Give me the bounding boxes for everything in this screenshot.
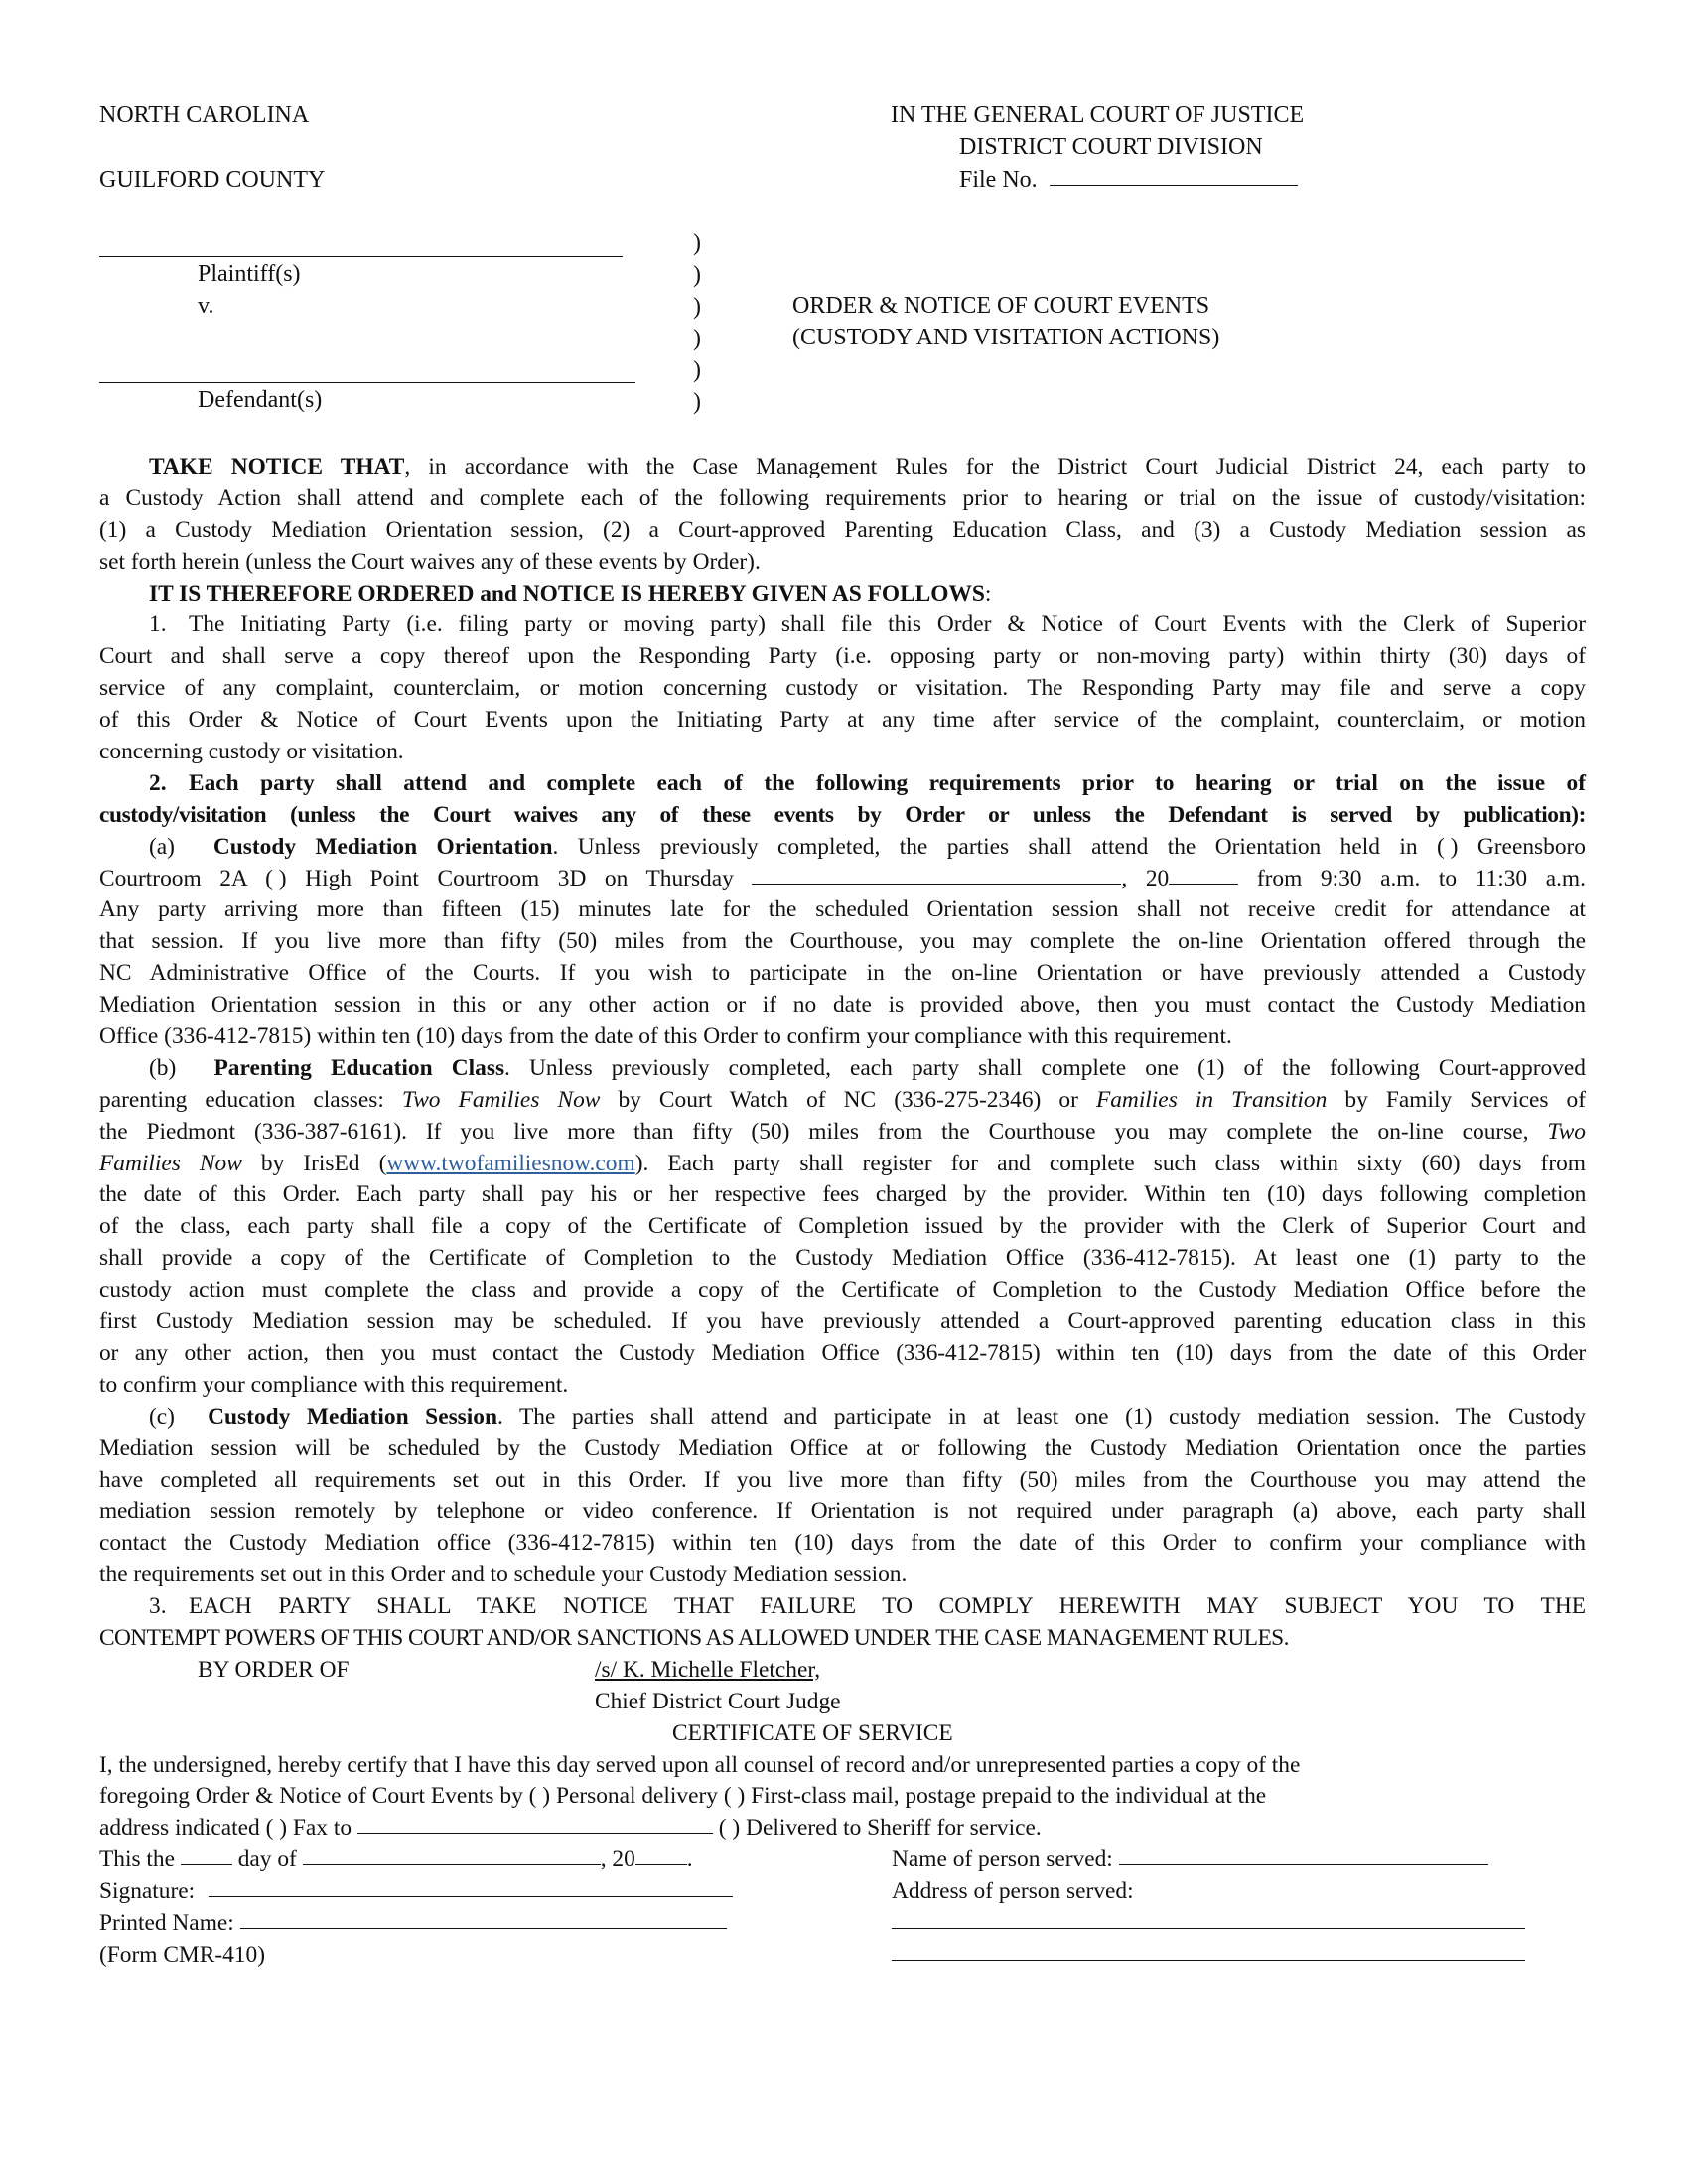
day-field[interactable] (181, 1844, 232, 1865)
body-text-line: Families Now by IrisEd (www.twofamiliesn… (99, 1149, 1586, 1180)
body-text-line: service of any complaint, counterclaim, … (99, 673, 1586, 705)
text-segment: by Family Services of (1327, 1087, 1586, 1113)
body-text-line: that session. If you live more than fift… (99, 926, 1586, 958)
program-name: Families in Transition (1096, 1087, 1327, 1113)
body-text-line: , in accordance with the Case Management… (404, 454, 1586, 479)
orientation-date-field[interactable] (752, 864, 1121, 885)
body-text-line: . Unless previously completed, the parti… (552, 834, 1417, 860)
take-notice-lead: TAKE NOTICE THAT (149, 454, 404, 479)
body-text-line: (1) a Custody Mediation Orientation sess… (99, 515, 1586, 547)
signature-field[interactable] (209, 1876, 733, 1897)
signature-row: BY ORDER OF/s/ K. Michelle Fletcher, (99, 1655, 1586, 1687)
certificate-title: CERTIFICATE OF SERVICE (99, 1718, 1586, 1750)
defendant-name-line[interactable] (99, 382, 635, 383)
first-class-mail-label: First-class mail, postage prepaid to the… (751, 1783, 1266, 1809)
printed-name-field[interactable] (240, 1908, 727, 1929)
twofamiliesnow-link[interactable]: www.twofamiliesnow.com (386, 1151, 634, 1176)
form-id: (Form CMR-410) (99, 1942, 265, 1968)
program-name: Families Now (99, 1151, 242, 1176)
year-prefix: , 20 (1121, 866, 1169, 891)
plaintiff-label: Plaintiff(s) (198, 259, 301, 289)
body-text-line: Court and shall serve a copy thereof upo… (99, 641, 1586, 673)
ordered-heading-text: IT IS THEREFORE ORDERED and NOTICE IS HE… (149, 581, 985, 607)
fax-label: Fax to (293, 1815, 352, 1841)
item-2: 2.Each party shall attend and complete e… (99, 768, 1586, 800)
plaintiff-name-line[interactable] (99, 256, 623, 257)
body-text-line: the date of this Order. Each party shall… (99, 1179, 1586, 1211)
item-heading: Parenting Education Class (214, 1055, 505, 1081)
take-notice-paragraph: TAKE NOTICE THAT, in accordance with the… (99, 452, 1586, 483)
state-label: NORTH CAROLINA (99, 100, 309, 130)
year-field[interactable] (635, 1844, 687, 1865)
item-2b: (b) Parenting Education Class. Unless pr… (99, 1053, 1586, 1085)
item-2c: (c) Custody Mediation Session. The parti… (99, 1402, 1586, 1433)
item-3: 3.EACH PARTY SHALL TAKE NOTICE THAT FAIL… (99, 1591, 1586, 1623)
text-segment: foregoing Order & Notice of Court Events… (99, 1783, 523, 1809)
high-point-checkbox[interactable]: ( ) (265, 864, 286, 895)
item-label: (a) (149, 834, 175, 860)
body-text-line: Each party shall attend and complete eac… (189, 770, 1586, 796)
body-text-line: Mediation session will be scheduled by t… (99, 1433, 1586, 1465)
certificate-signature-row: Signature: Address of person served: (99, 1876, 1586, 1908)
address-served-line-2[interactable] (892, 1940, 1525, 1961)
by-order-label: BY ORDER OF (99, 1655, 595, 1687)
certificate-text-line: foregoing Order & Notice of Court Events… (99, 1781, 1586, 1813)
order-title: ORDER & NOTICE OF COURT EVENTS (792, 291, 1209, 321)
text-segment: parenting education classes: (99, 1087, 402, 1113)
period: . (687, 1846, 693, 1872)
certificate-form-row: (Form CMR-410) (99, 1940, 1586, 1972)
body-text-line: The Initiating Party (i.e. filing party … (189, 612, 1586, 637)
versus-label: v. (198, 291, 213, 321)
body-text-line: or any other action, then you must conta… (99, 1338, 1586, 1370)
body-text-line: first Custody Mediation session may be s… (99, 1306, 1586, 1338)
text-segment: address indicated (99, 1815, 260, 1841)
court-division: DISTRICT COURT DIVISION (959, 132, 1263, 162)
body-text-line: to confirm your compliance with this req… (99, 1370, 1586, 1402)
orientation-year-field[interactable] (1169, 864, 1238, 885)
item-number: 1. (149, 610, 189, 641)
item-2a: (a) Custody Mediation Orientation. Unles… (99, 832, 1586, 864)
body-text-line: CONTEMPT POWERS OF THIS COURT AND/OR SAN… (99, 1623, 1586, 1655)
caption-bracket: ) (693, 354, 701, 386)
ordered-heading: IT IS THEREFORE ORDERED and NOTICE IS HE… (99, 579, 1586, 611)
county-label: GUILFORD COUNTY (99, 165, 325, 195)
first-class-mail-checkbox[interactable]: ( ) (724, 1781, 745, 1813)
body-text-line: EACH PARTY SHALL TAKE NOTICE THAT FAILUR… (189, 1593, 1586, 1619)
file-number-label: File No. (959, 167, 1038, 193)
defendant-label: Defendant(s) (198, 385, 322, 415)
sheriff-label: Delivered to Sheriff for service. (746, 1815, 1042, 1841)
ordered-colon: : (985, 581, 992, 607)
caption-bracket: ) (693, 291, 701, 323)
text-segment: by Court Watch of NC (336-275-2346) or (600, 1087, 1096, 1113)
certificate-text-line: I, the undersigned, hereby certify that … (99, 1750, 1586, 1782)
certificate-text-line: address indicated ( ) Fax to ( ) Deliver… (99, 1813, 1586, 1844)
body-text-line: of this Order & Notice of Court Events u… (99, 705, 1586, 737)
order-body: TAKE NOTICE THAT, in accordance with the… (99, 452, 1586, 1972)
printed-name-label: Printed Name: (99, 1910, 234, 1936)
body-text-line: . Unless previously completed, each part… (504, 1055, 1586, 1081)
name-served-field[interactable] (1119, 1844, 1488, 1865)
this-the-label: This the (99, 1846, 175, 1872)
text-segment: ). Each party shall register for and com… (635, 1151, 1586, 1176)
body-text-line: Office (336-412-7815) within ten (10) da… (99, 1022, 1586, 1053)
orientation-time: from 9:30 a.m. to 11:30 a.m. (1257, 866, 1586, 891)
body-text-line: set forth herein (unless the Court waive… (99, 547, 1586, 579)
body-text-line: Mediation Orientation session in this or… (99, 990, 1586, 1022)
address-served-label: Address of person served: (892, 1878, 1134, 1904)
body-text-line: concerning custody or visitation. (99, 737, 1586, 768)
body-text-line: of the class, each party shall file a co… (99, 1211, 1586, 1243)
option-greensboro-room: Courtroom 2A (99, 866, 247, 891)
certificate-printed-name-row: Printed Name: (99, 1908, 1586, 1940)
personal-delivery-checkbox[interactable]: ( ) (529, 1781, 550, 1813)
body-text-line: mediation session remotely by telephone … (99, 1496, 1586, 1528)
item-heading: Custody Mediation Orientation (213, 834, 553, 860)
caption-bracket: ) (693, 227, 701, 259)
body-text-line: custody/visitation (unless the Court wai… (99, 800, 1586, 832)
fax-number-field[interactable] (357, 1813, 713, 1834)
item-number: 2. (149, 768, 189, 800)
body-text-line: parenting education classes: Two Familie… (99, 1085, 1586, 1117)
item-2a-date-line: Courtroom 2A ( ) High Point Courtroom 3D… (99, 864, 1586, 895)
greensboro-checkbox[interactable]: ( ) (1437, 832, 1458, 864)
item-label: (b) (149, 1055, 176, 1081)
order-subtitle: (CUSTODY AND VISITATION ACTIONS) (792, 323, 1219, 352)
court-name: IN THE GENERAL COURT OF JUSTICE (891, 100, 1304, 130)
option-greensboro-label: Greensboro (1477, 834, 1586, 860)
caption-bracket: ) (693, 386, 701, 418)
body-text-line: contact the Custody Mediation office (33… (99, 1528, 1586, 1560)
file-number-field[interactable] (1050, 165, 1298, 186)
body-text-line: have completed all requirements set out … (99, 1465, 1586, 1497)
body-text-line: the requirements set out in this Order a… (99, 1560, 1586, 1591)
sheriff-checkbox[interactable]: ( ) (719, 1813, 740, 1844)
name-served-label: Name of person served: (892, 1846, 1113, 1872)
body-text-line: a Custody Action shall attend and comple… (99, 483, 1586, 515)
signature-label: Signature: (99, 1878, 195, 1904)
item-label: (c) (149, 1404, 175, 1430)
judge-signature: /s/ K. Michelle Fletcher, (595, 1657, 820, 1683)
month-field[interactable] (303, 1844, 601, 1865)
fax-checkbox[interactable]: ( ) (266, 1813, 287, 1844)
body-text-line: the Piedmont (336-387-6161). If you live… (99, 1117, 1586, 1149)
body-text-line: shall provide a copy of the Certificate … (99, 1243, 1586, 1275)
body-text-line: custody action must complete the class a… (99, 1275, 1586, 1306)
program-name: Two (1547, 1119, 1586, 1145)
item-number: 3. (149, 1591, 189, 1623)
text-segment: the Piedmont (336-387-6161). If you live… (99, 1119, 1547, 1145)
text-segment: by IrisEd ( (242, 1151, 387, 1176)
year-prefix: , 20 (601, 1846, 635, 1872)
personal-delivery-label: Personal delivery (556, 1783, 718, 1809)
day-of-label: day of (238, 1846, 297, 1872)
body-text-line: . The parties shall attend and participa… (497, 1404, 1586, 1430)
body-text-line: NC Administrative Office of the Courts. … (99, 958, 1586, 990)
caption-bracket: ) (693, 323, 701, 354)
item-heading: Custody Mediation Session (208, 1404, 497, 1430)
certificate-date-row: This the day of , 20 . Name of person se… (99, 1844, 1586, 1876)
program-name: Two Families Now (402, 1087, 600, 1113)
body-text-line: Any party arriving more than fifteen (15… (99, 894, 1586, 926)
judge-title: Chief District Court Judge (99, 1687, 1586, 1718)
caption-bracket: ) (693, 259, 701, 291)
address-served-line-1[interactable] (892, 1908, 1525, 1929)
option-high-point-label: High Point Courtroom 3D on Thursday (305, 866, 734, 891)
item-1: 1.The Initiating Party (i.e. filing part… (99, 610, 1586, 641)
file-number: File No. (959, 165, 1298, 195)
